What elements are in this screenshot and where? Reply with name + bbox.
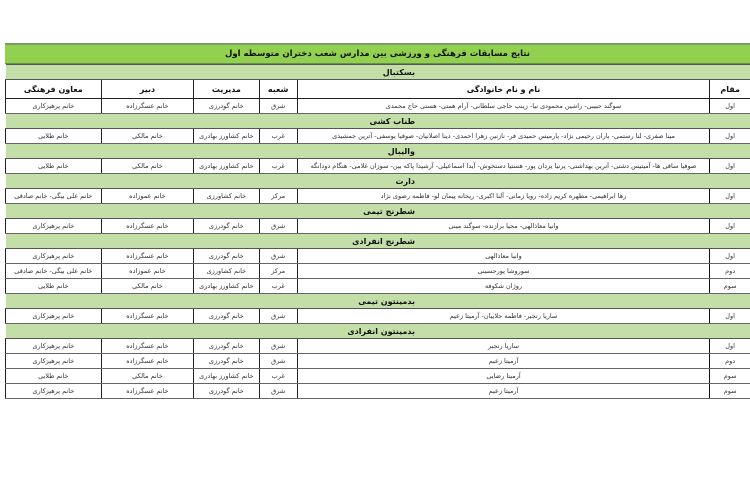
names-cell: وانیا معاذالهی- محیا برازنده- سوگند مینی bbox=[297, 219, 709, 234]
names-cell: مینا صفری- لنا رستمی- باران رحیمی نژاد- … bbox=[297, 129, 709, 144]
management-cell: خانم گودرزی bbox=[194, 99, 259, 114]
deputy-cell: خانم طلایی bbox=[6, 129, 102, 144]
branch-cell: غرب bbox=[259, 369, 297, 384]
section-title: شطرنج انفرادی bbox=[6, 234, 750, 249]
deputy-cell: خانم طلایی bbox=[6, 159, 102, 174]
names-cell: آرمیتا زعیم bbox=[297, 384, 709, 399]
deputy-cell: خانم علی بیگی- خانم صادقی bbox=[6, 189, 102, 204]
names-cell: سوروشا پورحسینی bbox=[297, 264, 709, 279]
section-header: شطرنج انفرادی bbox=[6, 234, 750, 249]
rank-cell: سوم bbox=[710, 279, 750, 294]
branch-cell: مرکز bbox=[259, 264, 297, 279]
results-sheet: نتایج مسابقات فرهنگی و ورزشی بین مدارس ش… bbox=[5, 43, 750, 399]
management-cell: خانم کشاورزی bbox=[194, 189, 259, 204]
column-header-row: مقامنام و نام خانوادگیشعبهمدیریتدبیرمعاو… bbox=[6, 80, 750, 99]
management-cell: خانم گودرزی bbox=[194, 339, 259, 354]
management-cell: خانم کشاورز بهادری bbox=[194, 369, 259, 384]
names-cell: سوگند حبیبی- راشین محمودی نیا- زینب حاجی… bbox=[297, 99, 709, 114]
management-cell: خانم گودرزی bbox=[194, 219, 259, 234]
names-cell: آرمیتا زعیم bbox=[297, 354, 709, 369]
deputy-cell: خانم پرهیزکاری bbox=[6, 219, 102, 234]
deputy-cell: خانم پرهیزکاری bbox=[6, 309, 102, 324]
branch-cell: شرق bbox=[259, 354, 297, 369]
branch-cell: شرق bbox=[259, 99, 297, 114]
section-header: بدمینتون انفرادی bbox=[6, 324, 750, 339]
names-cell: روژان شکوفه bbox=[297, 279, 709, 294]
section-title: شطرنج تیمی bbox=[6, 204, 750, 219]
section-title: بسکتبال bbox=[6, 65, 750, 80]
rank-cell: سوم bbox=[710, 369, 750, 384]
column-header-branch: شعبه bbox=[259, 80, 297, 99]
teacher-cell: خانم عسگرزاده bbox=[101, 354, 194, 369]
table-row: اولساریا رنجبر- فاطمه جلاییان- آرمیتا زع… bbox=[6, 309, 750, 324]
deputy-cell: خانم طلایی bbox=[6, 279, 102, 294]
column-header-names: نام و نام خانوادگی bbox=[297, 80, 709, 99]
management-cell: خانم گودرزی bbox=[194, 354, 259, 369]
column-header-management: مدیریت bbox=[194, 80, 259, 99]
table-row: اولسوگند حبیبی- راشین محمودی نیا- زینب ح… bbox=[6, 99, 750, 114]
deputy-cell: خانم پرهیزکاری bbox=[6, 99, 102, 114]
rank-cell: اول bbox=[710, 339, 750, 354]
deputy-cell: خانم پرهیزکاری bbox=[6, 384, 102, 399]
deputy-cell: خانم علی بیگی- خانم صادقی bbox=[6, 264, 102, 279]
management-cell: خانم گودرزی bbox=[194, 249, 259, 264]
section-header: بدمینتون تیمی bbox=[6, 294, 750, 309]
management-cell: خانم گودرزی bbox=[194, 384, 259, 399]
teacher-cell: خانم عموزاده bbox=[101, 189, 194, 204]
section-header: بسکتبال bbox=[6, 65, 750, 80]
table-row: سومروژان شکوفهغربخانم کشاورز بهادریخانم … bbox=[6, 279, 750, 294]
deputy-cell: خانم پرهیزکاری bbox=[6, 354, 102, 369]
results-table: بسکتبالمقامنام و نام خانوادگیشعبهمدیریتد… bbox=[5, 64, 750, 399]
section-title: طناب کشی bbox=[6, 114, 750, 129]
teacher-cell: خانم عسگرزاده bbox=[101, 309, 194, 324]
table-row: اولمینا صفری- لنا رستمی- باران رحیمی نژا… bbox=[6, 129, 750, 144]
table-row: اولرها ابراهیمی- مطهره کریم زاده- رویا ز… bbox=[6, 189, 750, 204]
column-header-teacher: دبیر bbox=[101, 80, 194, 99]
column-header-deputy: معاون فرهنگی bbox=[6, 80, 102, 99]
teacher-cell: خانم عسگرزاده bbox=[101, 249, 194, 264]
branch-cell: غرب bbox=[259, 129, 297, 144]
teacher-cell: خانم عسگرزاده bbox=[101, 99, 194, 114]
section-header: والیبال bbox=[6, 144, 750, 159]
table-row: دومسوروشا پورحسینیمرکزخانم کشاورزیخانم ع… bbox=[6, 264, 750, 279]
rank-cell: اول bbox=[710, 249, 750, 264]
teacher-cell: خانم مالکی bbox=[101, 279, 194, 294]
names-cell: آرمیتا رضایی bbox=[297, 369, 709, 384]
table-row: سومآرمیتا رضاییغربخانم کشاورز بهادریخانم… bbox=[6, 369, 750, 384]
teacher-cell: خانم عسگرزاده bbox=[101, 384, 194, 399]
deputy-cell: خانم پرهیزکاری bbox=[6, 339, 102, 354]
table-row: اولصوفیا ساقی ها- آمیتیس دشتی- آترین بهد… bbox=[6, 159, 750, 174]
section-title: بدمینتون انفرادی bbox=[6, 324, 750, 339]
rank-cell: اول bbox=[710, 219, 750, 234]
section-header: دارت bbox=[6, 174, 750, 189]
table-row: اولوانیا معاذالهی- محیا برازنده- سوگند م… bbox=[6, 219, 750, 234]
names-cell: صوفیا ساقی ها- آمیتیس دشتی- آترین بهداشت… bbox=[297, 159, 709, 174]
branch-cell: مرکز bbox=[259, 189, 297, 204]
rank-cell: دوم bbox=[710, 264, 750, 279]
management-cell: خانم گودرزی bbox=[194, 309, 259, 324]
branch-cell: شرق bbox=[259, 384, 297, 399]
branch-cell: غرب bbox=[259, 279, 297, 294]
teacher-cell: خانم عسگرزاده bbox=[101, 339, 194, 354]
section-header: طناب کشی bbox=[6, 114, 750, 129]
branch-cell: غرب bbox=[259, 159, 297, 174]
rank-cell: اول bbox=[710, 129, 750, 144]
sheet-title: نتایج مسابقات فرهنگی و ورزشی بین مدارس ش… bbox=[5, 43, 750, 64]
names-cell: وانیا معاذالهی bbox=[297, 249, 709, 264]
branch-cell: شرق bbox=[259, 339, 297, 354]
teacher-cell: خانم مالکی bbox=[101, 129, 194, 144]
deputy-cell: خانم طلایی bbox=[6, 369, 102, 384]
branch-cell: شرق bbox=[259, 219, 297, 234]
deputy-cell: خانم پرهیزکاری bbox=[6, 249, 102, 264]
names-cell: ساریا رنجبر- فاطمه جلاییان- آرمیتا زعیم bbox=[297, 309, 709, 324]
branch-cell: شرق bbox=[259, 309, 297, 324]
table-row: اولساریا رنجبرشرقخانم گودرزیخانم عسگرزاد… bbox=[6, 339, 750, 354]
column-header-rank: مقام bbox=[710, 80, 750, 99]
table-row: اولوانیا معاذالهیشرقخانم گودرزیخانم عسگر… bbox=[6, 249, 750, 264]
teacher-cell: خانم مالکی bbox=[101, 159, 194, 174]
rank-cell: دوم bbox=[710, 354, 750, 369]
section-header: شطرنج تیمی bbox=[6, 204, 750, 219]
section-title: دارت bbox=[6, 174, 750, 189]
branch-cell: شرق bbox=[259, 249, 297, 264]
management-cell: خانم کشاورز بهادری bbox=[194, 159, 259, 174]
management-cell: خانم کشاورز بهادری bbox=[194, 279, 259, 294]
teacher-cell: خانم عسگرزاده bbox=[101, 219, 194, 234]
section-title: بدمینتون تیمی bbox=[6, 294, 750, 309]
names-cell: ساریا رنجبر bbox=[297, 339, 709, 354]
table-row: سومآرمیتا زعیمشرقخانم گودرزیخانم عسگرزاد… bbox=[6, 384, 750, 399]
teacher-cell: خانم مالکی bbox=[101, 369, 194, 384]
names-cell: رها ابراهیمی- مطهره کریم زاده- رویا زمان… bbox=[297, 189, 709, 204]
teacher-cell: خانم عموزاده bbox=[101, 264, 194, 279]
rank-cell: اول bbox=[710, 189, 750, 204]
table-row: دومآرمیتا زعیمشرقخانم گودرزیخانم عسگرزاد… bbox=[6, 354, 750, 369]
management-cell: خانم کشاورزی bbox=[194, 264, 259, 279]
rank-cell: اول bbox=[710, 159, 750, 174]
rank-cell: اول bbox=[710, 99, 750, 114]
rank-cell: اول bbox=[710, 309, 750, 324]
rank-cell: سوم bbox=[710, 384, 750, 399]
management-cell: خانم کشاورز بهادری bbox=[194, 129, 259, 144]
section-title: والیبال bbox=[6, 144, 750, 159]
